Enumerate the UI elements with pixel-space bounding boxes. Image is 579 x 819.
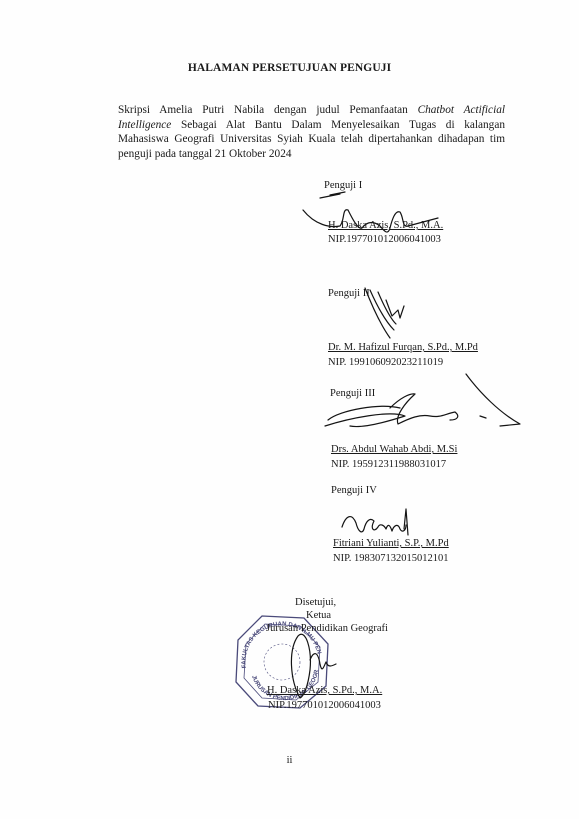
examiner-3-name: Drs. Abdul Wahab Abdi, M.Si: [331, 444, 457, 455]
examiner-2-signature: [360, 286, 420, 341]
approval-label: Disetujui,: [295, 597, 336, 608]
examiner-3-signature: [320, 368, 540, 438]
examiner-2-name: Dr. M. Hafizul Furqan, S.Pd., M.Pd: [328, 342, 478, 353]
examiner-2-nip: NIP. 199106092023211019: [328, 357, 443, 368]
approval-name: H. Daska Azis, S.Pd., M.A.: [267, 685, 382, 696]
paragraph-line-3: Mahasiswa Geografi Universitas Syiah Kua…: [118, 132, 505, 147]
paragraph-line-1: Skripsi Amelia Putri Nabila dengan judul…: [118, 103, 505, 118]
examiner-4-label: Penguji IV: [331, 485, 377, 496]
paragraph-italic-text: Intelligence: [118, 119, 171, 131]
examiner-1-name: H. Daska Azis, S.Pd., M.A.: [328, 220, 443, 231]
page-number: ii: [0, 755, 579, 766]
examiner-1-nip: NIP.197701012006041003: [328, 234, 441, 245]
paragraph-text: Skripsi Amelia Putri Nabila dengan judul…: [118, 104, 418, 116]
page-title: HALAMAN PERSETUJUAN PENGUJI: [0, 62, 579, 74]
paragraph-text: Sebagai Alat Bantu Dalam Menyelesaikan T…: [171, 119, 505, 131]
examiner-4-name: Fitriani Yulianti, S.P., M.Pd: [333, 538, 449, 549]
approval-paragraph: Skripsi Amelia Putri Nabila dengan judul…: [118, 103, 505, 161]
approval-role: Ketua: [306, 610, 331, 621]
paragraph-line-2: Intelligence Sebagai Alat Bantu Dalam Me…: [118, 118, 505, 133]
examiner-3-nip: NIP. 195912311988031017: [331, 459, 446, 470]
approval-nip: NIP.197701012006041003: [268, 700, 381, 711]
paragraph-italic-text: Chatbot Actificial: [418, 104, 505, 116]
paragraph-line-4: penguji pada tanggal 21 Oktober 2024: [118, 147, 505, 162]
examiner-4-nip: NIP. 198307132015012101: [333, 553, 449, 564]
